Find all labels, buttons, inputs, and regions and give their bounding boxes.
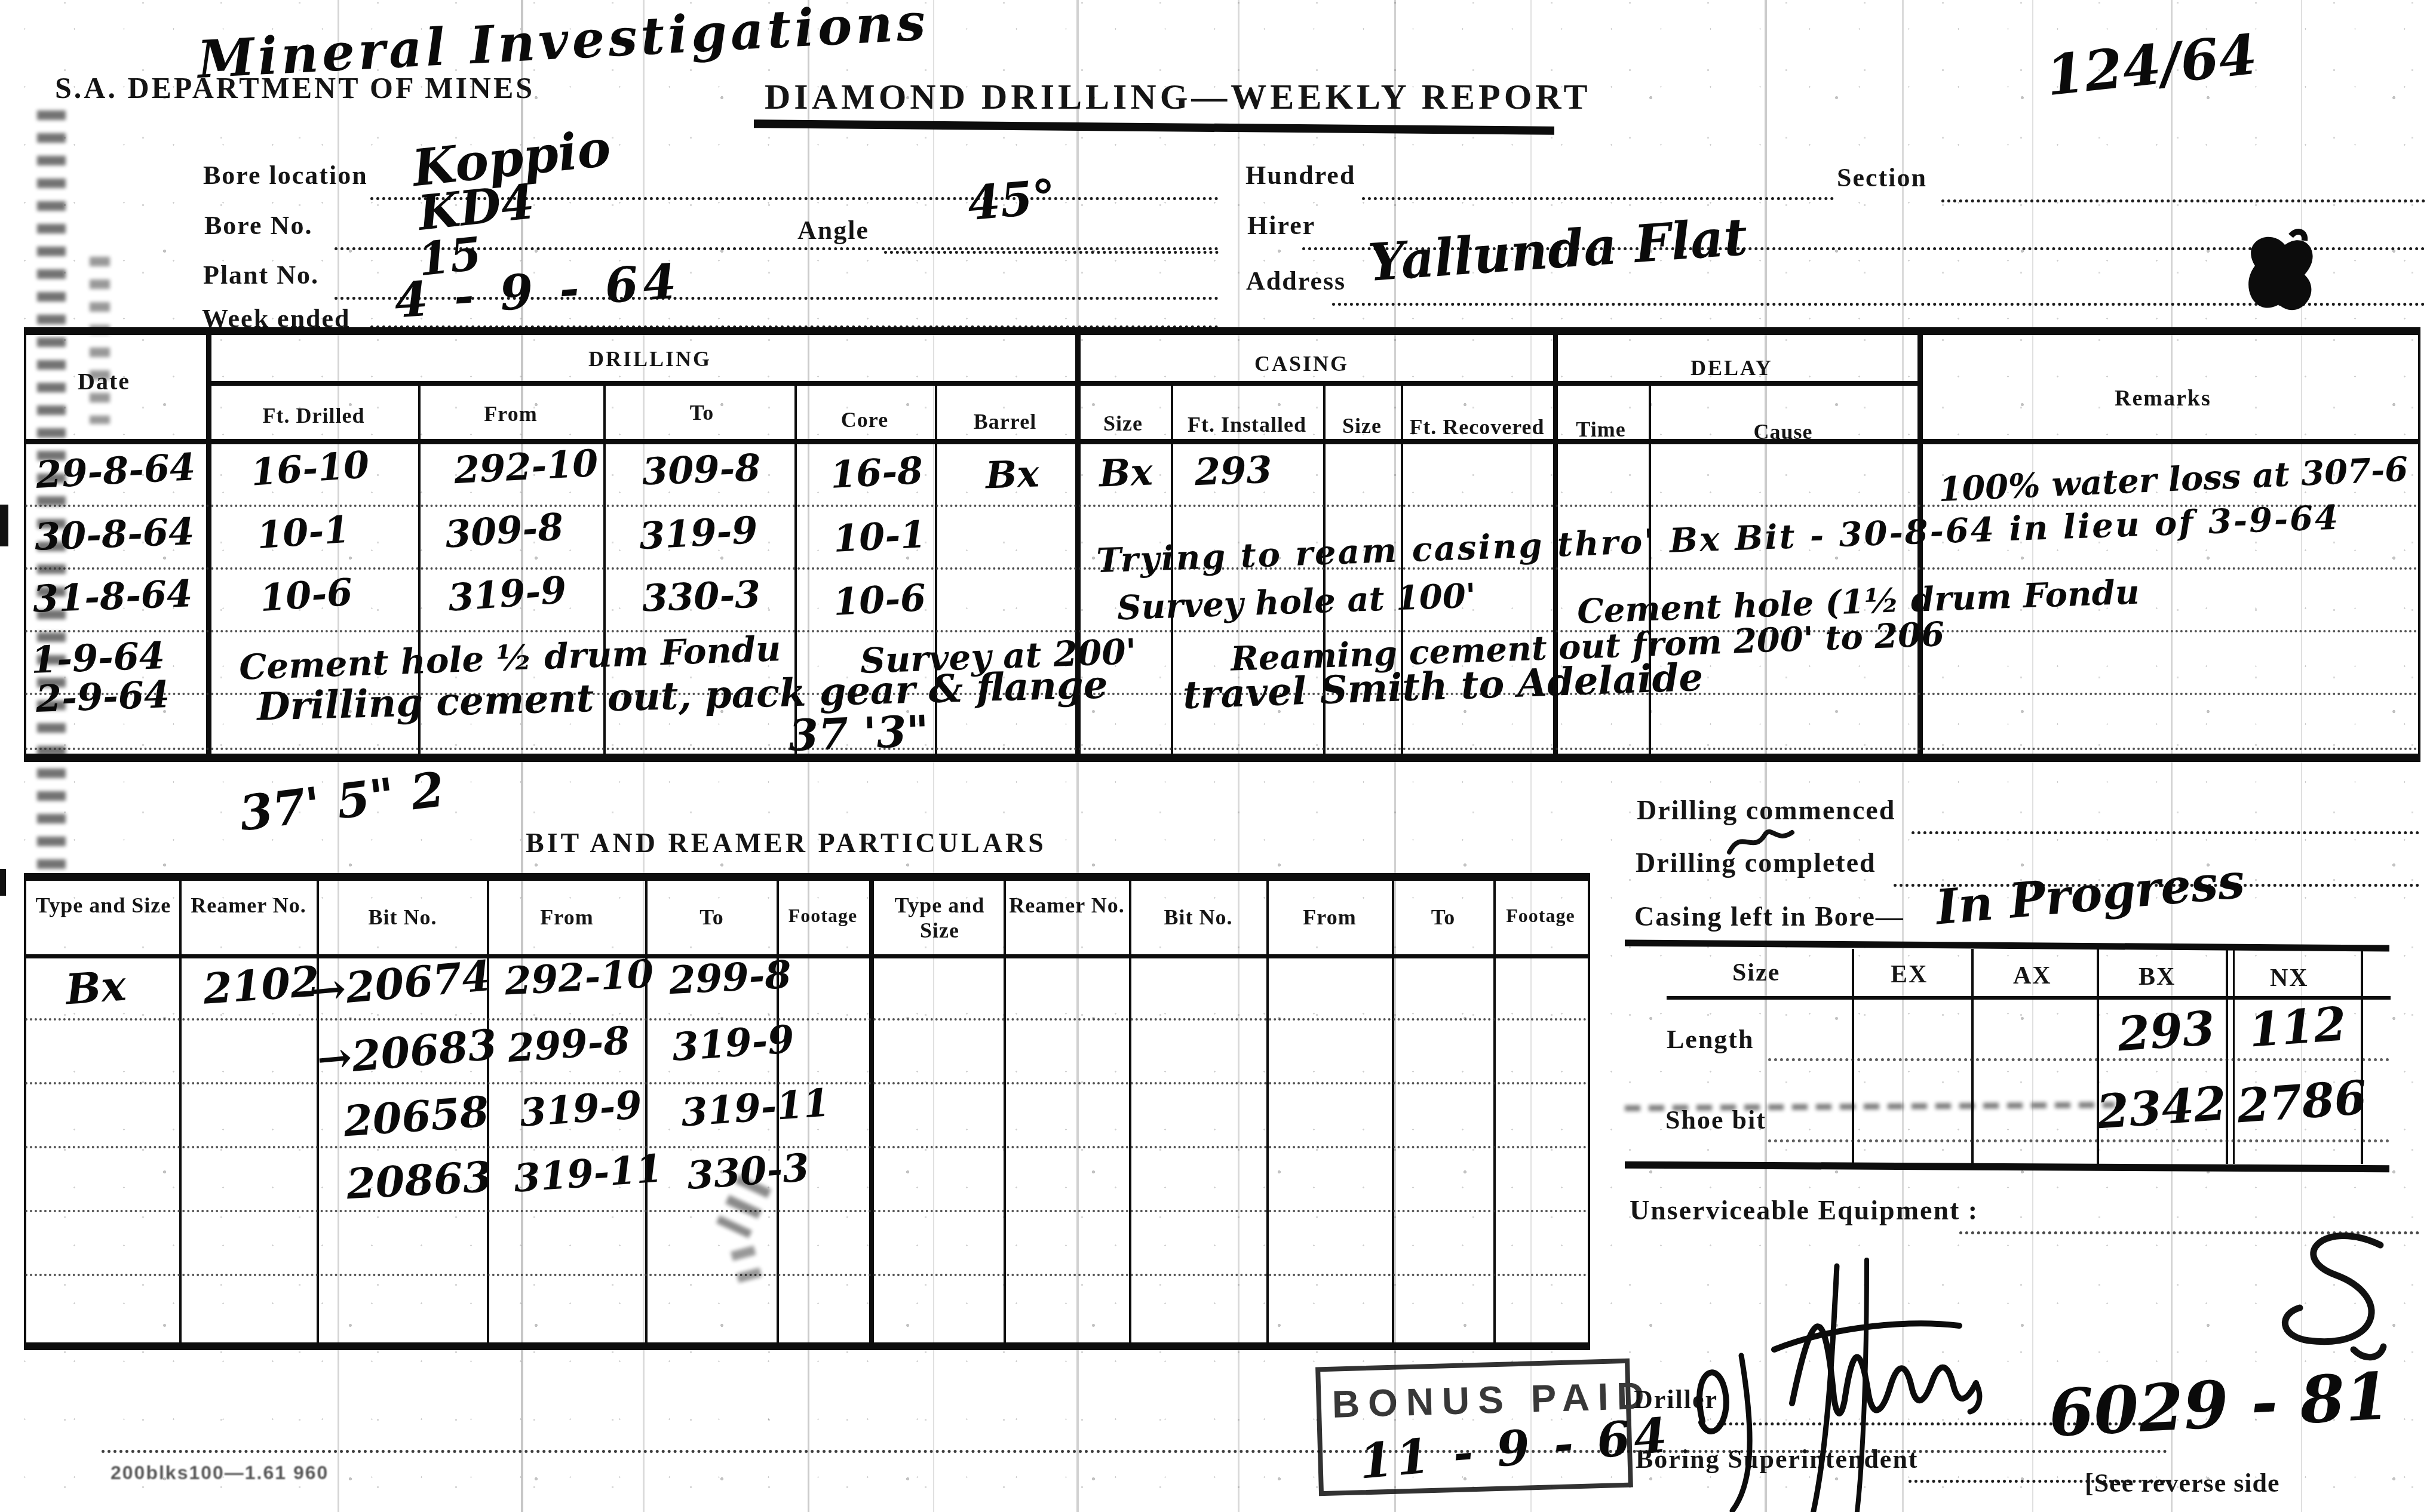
bore-no-label: Bore No. xyxy=(204,210,312,241)
section-label: Section xyxy=(1837,162,1927,193)
print-code: 200blks100—1.61 960 xyxy=(111,1462,329,1484)
shoe-nx-value: 2786 xyxy=(2235,1071,2368,1134)
bit-col-to-2: To xyxy=(1395,905,1492,930)
bit-col-reamer-no-2: Reamer No. xyxy=(1007,893,1127,918)
cell-to: 319-9 xyxy=(638,508,759,558)
cell-core: 16-8 xyxy=(829,448,924,497)
bit-col-bit-no-2: Bit No. xyxy=(1132,905,1265,930)
size-col-bx: BX xyxy=(2139,963,2176,991)
angle-label: Angle xyxy=(797,215,869,245)
bit-col-reamer-no: Reamer No. xyxy=(182,893,315,918)
section-line xyxy=(1941,199,2425,202)
unserviceable-label: Unserviceable Equipment : xyxy=(1630,1194,1978,1226)
col-core: Core xyxy=(794,407,935,432)
bit-col-rule-heavy xyxy=(869,873,874,1350)
shoe-bit-leader xyxy=(1768,1139,2389,1142)
bit-col-rule xyxy=(1392,873,1394,1350)
cell-to: 309-8 xyxy=(642,446,762,494)
bit-col-rule xyxy=(1493,873,1496,1350)
table-subheader-rule xyxy=(24,439,2420,444)
cell-ft-drilled: 10-1 xyxy=(256,508,351,558)
bit-from: 319-9 xyxy=(518,1083,643,1136)
cell-core: 10-1 xyxy=(832,512,927,561)
address-label: Address xyxy=(1246,266,1346,296)
plant-no-label: Plant No. xyxy=(203,260,319,290)
table-top-rule xyxy=(24,327,2420,335)
bit-reamer-no: 2102 xyxy=(201,956,321,1013)
bit-from: 292-10 xyxy=(504,952,655,1004)
bit-row-rule xyxy=(25,1274,1588,1276)
bit-col-bit-no: Bit No. xyxy=(320,905,486,930)
bit-col-rule xyxy=(24,873,26,1350)
cell-date: 29-8-64 xyxy=(35,445,197,497)
col-to: To xyxy=(627,400,777,425)
table-col-rule-heavy xyxy=(206,327,211,762)
bit-type-size: Bx xyxy=(64,961,127,1015)
col-ft-recovered: Ft. Recovered xyxy=(1401,414,1553,440)
page-title: DIAMOND DRILLING—WEEKLY REPORT xyxy=(765,76,1591,118)
col-from: From xyxy=(436,401,585,426)
department-title: S.A. DEPARTMENT OF MINES xyxy=(55,70,535,105)
cell-date: 31-8-64 xyxy=(32,571,194,620)
row-rule xyxy=(25,748,2419,750)
col-size-2: Size xyxy=(1323,413,1401,438)
bit-col-rule xyxy=(317,873,319,1350)
col-ft-installed: Ft. Installed xyxy=(1171,412,1323,437)
size-col-ex: EX xyxy=(1891,960,1928,989)
hirer-label: Hirer xyxy=(1247,210,1315,241)
col-group-casing: Casing xyxy=(1254,351,1349,376)
col-date: Date xyxy=(78,367,130,395)
cell-to: 330-3 xyxy=(642,573,762,620)
cell-date: 30-8-64 xyxy=(34,509,195,558)
drilling-commenced-label: Drilling commenced xyxy=(1637,794,1895,826)
bit-to: 299-8 xyxy=(668,952,792,1004)
size-col-rule xyxy=(1971,949,1974,1164)
bit-top-rule xyxy=(24,873,1590,881)
hundred-label: Hundred xyxy=(1245,160,1355,190)
pen-flourish xyxy=(2264,1224,2407,1367)
scanned-weekly-report: Mineral Investigations S.A. DEPARTMENT O… xyxy=(0,0,2433,1512)
length-nx-value: 112 xyxy=(2247,997,2348,1058)
size-col-ax: AX xyxy=(2013,961,2052,990)
bit-col-type-size-2: Type and Size xyxy=(877,893,1002,943)
cell-from: 292-10 xyxy=(453,441,599,493)
bit-col-rule xyxy=(1588,873,1590,1350)
cell-ft-drilled: 10-6 xyxy=(259,570,354,620)
cell-casing-size: Bx xyxy=(1099,450,1153,495)
shoe-bx-value: 2342 xyxy=(2095,1077,2228,1140)
bit-col-rule xyxy=(1266,873,1269,1350)
size-col-nx: NX xyxy=(2270,964,2309,992)
angle-line xyxy=(884,251,1219,254)
bit-no: 20658 xyxy=(342,1087,490,1147)
edge-mark xyxy=(0,869,6,896)
row-rule xyxy=(25,630,2419,632)
bit-table-title: BIT AND REAMER PARTICULARS xyxy=(526,827,1047,859)
bit-col-footage: Footage xyxy=(774,905,872,927)
col-time: Time xyxy=(1553,417,1649,442)
cell-barrel: Bx xyxy=(985,451,1040,497)
bit-no: 20863 xyxy=(345,1152,493,1209)
size-col-rule xyxy=(1852,949,1854,1164)
superintendent-signature xyxy=(1685,1266,2103,1512)
ink-blob xyxy=(2234,224,2336,331)
see-reverse-note: [See reverse side xyxy=(2085,1468,2280,1498)
bit-col-from-2: From xyxy=(1269,905,1390,930)
size-header-rule xyxy=(1667,996,2391,1000)
pen-scribble xyxy=(1726,825,1804,861)
col-size: Size xyxy=(1075,411,1171,436)
bore-location-label: Bore location xyxy=(203,160,368,190)
size-col-rule xyxy=(2226,949,2228,1164)
bit-col-to: To xyxy=(648,905,775,930)
cell-date: 2-9-64 xyxy=(35,672,170,721)
col-barrel: Barrel xyxy=(935,409,1075,434)
bit-col-rule xyxy=(645,873,648,1350)
bit-header-rule xyxy=(24,954,1590,958)
angle-value: 45° xyxy=(965,170,1058,232)
size-col-rule xyxy=(2361,949,2363,1164)
bit-col-rule xyxy=(1004,873,1006,1350)
cell-from: 309-8 xyxy=(444,505,565,557)
col-cause: Cause xyxy=(1649,419,1917,444)
bit-col-from: From xyxy=(490,905,644,930)
bit-col-rule xyxy=(179,873,182,1350)
bit-col-type-size: Type and Size xyxy=(29,893,178,918)
length-leader xyxy=(1768,1058,2389,1061)
bit-col-rule xyxy=(1129,873,1131,1350)
left-edge-smudge xyxy=(90,257,110,424)
core-total: 37 '3" xyxy=(788,705,930,761)
size-col-rule xyxy=(2233,949,2235,1164)
table-bottom-rule xyxy=(24,754,2420,762)
drilling-commenced-line xyxy=(1912,831,2419,834)
cell-core: 10-6 xyxy=(832,576,927,624)
casing-left-label: Casing left in Bore— xyxy=(1634,901,1904,932)
bit-row-rule xyxy=(25,1018,1588,1021)
bit-to: 319-9 xyxy=(671,1017,796,1070)
table-col-rule xyxy=(24,327,26,762)
edge-mark xyxy=(0,505,8,546)
col-remarks: Remarks xyxy=(2115,385,2211,411)
bit-row-rule xyxy=(25,1210,1588,1212)
bit-col-footage-2: Footage xyxy=(1493,905,1588,927)
cell-ft-installed: 293 xyxy=(1194,448,1273,494)
table-col-rule xyxy=(2418,327,2420,762)
col-group-delay: Delay xyxy=(1690,355,1773,380)
col-group-drilling: Drilling xyxy=(588,346,711,371)
length-label: Length xyxy=(1667,1024,1754,1055)
length-bx-value: 293 xyxy=(2116,1001,2217,1062)
hundred-line xyxy=(1362,197,1834,200)
row-rule xyxy=(25,505,2419,507)
table-header-rule xyxy=(206,381,1919,386)
bit-bottom-rule xyxy=(24,1342,1590,1350)
cell-from: 319-9 xyxy=(447,568,568,620)
bit-from: 299-8 xyxy=(507,1018,631,1071)
size-label: Size xyxy=(1732,958,1780,987)
cell-ft-drilled: 16-10 xyxy=(250,442,371,494)
col-ft-drilled: Ft. Drilled xyxy=(239,403,388,428)
